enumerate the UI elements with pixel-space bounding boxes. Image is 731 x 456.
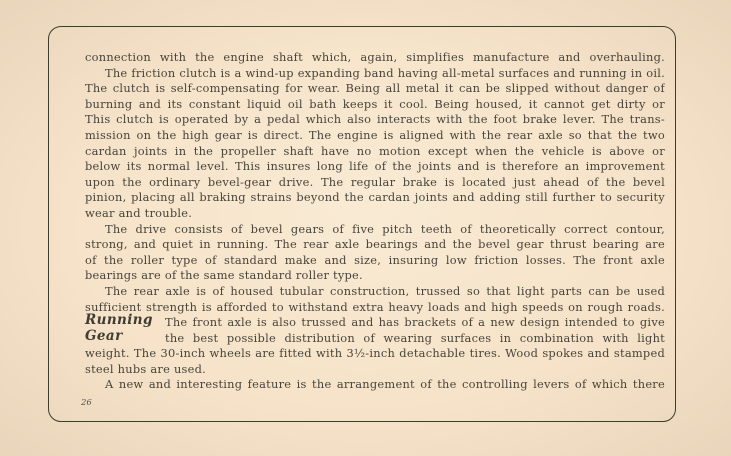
sidehead-running-gear: Running Gear: [85, 313, 175, 344]
page-number: 26: [81, 398, 92, 408]
text-line: the best possible distribution of wearin…: [165, 331, 665, 347]
text-line: bearings are of the same standard roller…: [85, 268, 665, 284]
text-line: cardan joints in the propeller shaft hav…: [85, 144, 665, 160]
text-line: The clutch is self-compensating for wear…: [85, 81, 665, 97]
text-line: mission on the high gear is direct. The …: [85, 128, 665, 144]
text-line: steel hubs are used.: [85, 362, 665, 378]
text-line: The rear axle is of housed tubular const…: [85, 284, 665, 300]
scanned-page: connection with the engine shaft which, …: [0, 0, 731, 456]
text-line: pinion, placing all braking strains beyo…: [85, 190, 665, 206]
text-line: A new and interesting feature is the arr…: [85, 377, 665, 393]
text-line: The friction clutch is a wind-up expandi…: [85, 66, 665, 82]
text-line: upon the ordinary bevel-gear drive. The …: [85, 175, 665, 191]
text-line: wear and trouble.: [85, 206, 665, 222]
text-line: This clutch is operated by a pedal which…: [85, 112, 665, 128]
sidehead-line-2: Gear: [85, 329, 175, 345]
text-line: The front axle is also trussed and has b…: [165, 315, 665, 331]
text-line: below its normal level. This insures lon…: [85, 159, 665, 175]
sidehead-line-1: Running: [85, 313, 175, 329]
text-line: burning and its constant liquid oil bath…: [85, 97, 665, 113]
text-line: strong, and quiet in running. The rear a…: [85, 237, 665, 253]
text-line: of the roller type of standard make and …: [85, 253, 665, 269]
text-line: connection with the engine shaft which, …: [85, 50, 665, 66]
text-line: The drive consists of bevel gears of fiv…: [85, 222, 665, 238]
text-line: weight. The 30-inch wheels are fitted wi…: [85, 346, 665, 362]
